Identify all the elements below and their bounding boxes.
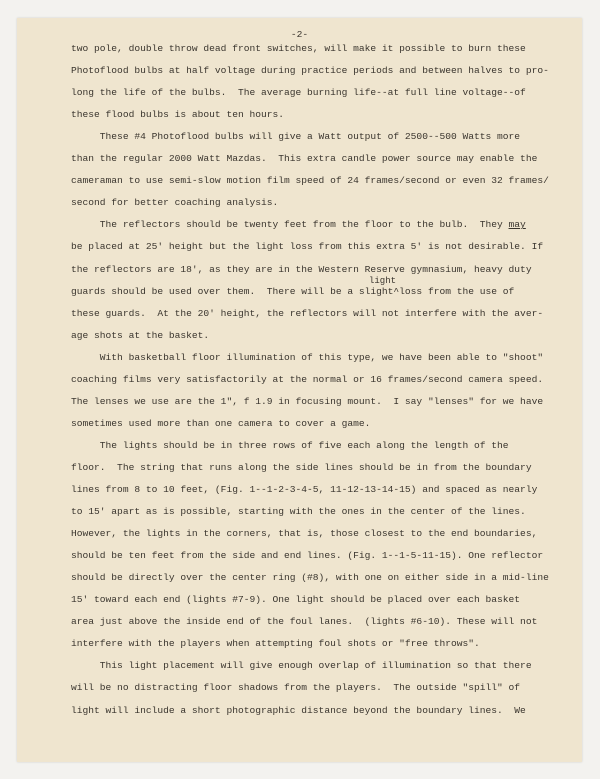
text-line: cameraman to use semi-slow motion film s… [71, 175, 549, 186]
text-line: age shots at the basket. [71, 330, 209, 341]
text-line: second for better coaching analysis. [71, 197, 278, 208]
text-line: These #4 Photoflood bulbs will give a Wa… [71, 131, 520, 142]
text-line: be placed at 25' height but the light lo… [71, 241, 543, 252]
text-line: two pole, double throw dead front switch… [71, 43, 526, 54]
text-line: these guards. At the 20' height, the ref… [71, 308, 543, 319]
text-line: lines from 8 to 10 feet, (Fig. 1--1-2-3-… [71, 484, 537, 495]
text-line: should be ten feet from the side and end… [71, 550, 543, 561]
text-line: 15' toward each end (lights #7-9). One l… [71, 594, 520, 605]
document-page: -2- two pole, double throw dead front sw… [17, 18, 582, 762]
text-line: the reflectors are 18', as they are in t… [71, 264, 532, 275]
underlined-word: may [509, 219, 526, 230]
text-line: The lights should be in three rows of fi… [71, 440, 509, 451]
text-line: long the life of the bulbs. The average … [71, 87, 526, 98]
text-line: With basketball floor illumination of th… [71, 352, 543, 363]
text-line: will be no distracting floor shadows fro… [71, 682, 520, 693]
text-line: floor. The string that runs along the si… [71, 462, 532, 473]
text-line: light will include a short photographic … [71, 705, 526, 716]
text-line: sometimes used more than one camera to c… [71, 418, 370, 429]
text-line: guards should be used over them. There w… [71, 286, 514, 297]
text-line: This light placement will give enough ov… [71, 660, 532, 671]
text-line: However, the lights in the corners, that… [71, 528, 537, 539]
text-line: Photoflood bulbs at half voltage during … [71, 65, 549, 76]
inserted-word: light [369, 276, 396, 286]
text-line: The lenses we use are the 1", f 1.9 in f… [71, 396, 543, 407]
text-line: these flood bulbs is about ten hours. [71, 109, 284, 120]
text-line: interfere with the players when attempti… [71, 638, 480, 649]
text-line: should be directly over the center ring … [71, 572, 549, 583]
text-line: coaching films very satisfactorily at th… [71, 374, 543, 385]
text-line: to 15' apart as is possible, starting wi… [71, 506, 526, 517]
text-line: The reflectors should be twenty feet fro… [71, 219, 526, 230]
text-line: than the regular 2000 Watt Mazdas. This … [71, 153, 537, 164]
text-line: area just above the inside end of the fo… [71, 616, 537, 627]
page-number: -2- [17, 29, 582, 40]
